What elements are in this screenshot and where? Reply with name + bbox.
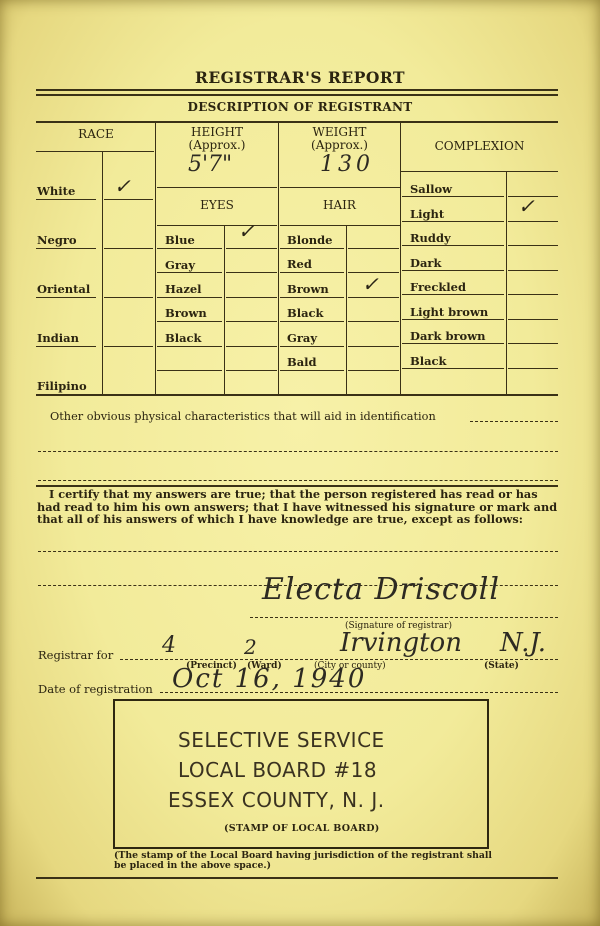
state-caption: (State) [484, 661, 519, 671]
hair-brown[interactable]: Brown [287, 282, 329, 296]
col-divider [278, 122, 279, 394]
certification-text: I certify that my answers are true; that… [37, 488, 561, 526]
rule [402, 319, 504, 320]
race-indian[interactable]: Indian [37, 331, 79, 345]
complexion-black[interactable]: Black [410, 354, 447, 368]
bottom-rule [36, 877, 558, 879]
rule [157, 225, 277, 226]
col-divider [346, 226, 347, 394]
other-characteristics-line-3[interactable] [38, 480, 558, 481]
rule [508, 368, 558, 369]
weight-sub: (Approx.) [311, 138, 368, 152]
complexion-freckled[interactable]: Freckled [410, 280, 466, 294]
title-rule-2 [36, 94, 558, 96]
hair-brown-checkmark-icon: ✓ [362, 272, 379, 296]
rule [226, 321, 277, 322]
eyes-blue[interactable]: Blue [165, 233, 195, 247]
complexion-light[interactable]: Light [410, 207, 444, 221]
race-oriental[interactable]: Oriental [37, 282, 90, 296]
race-negro[interactable]: Negro [37, 233, 77, 247]
hair-bald[interactable]: Bald [287, 355, 317, 369]
height-value: 5'7" [188, 152, 232, 177]
col-divider [155, 122, 156, 394]
rule [348, 346, 399, 347]
rule [348, 272, 399, 273]
date-label: Date of registration [38, 682, 153, 696]
registrar-for-line [120, 659, 558, 660]
hair-red[interactable]: Red [287, 257, 312, 271]
rule [226, 248, 277, 249]
complexion-dark[interactable]: Dark [410, 256, 441, 270]
stamp-line-3: ESSEX COUNTY, N. J. [168, 788, 385, 812]
other-characteristics-label: Other obvious physical characteristics t… [50, 411, 436, 424]
rule [157, 370, 222, 371]
rule [226, 272, 277, 273]
rule [157, 248, 222, 249]
stamp-note: (The stamp of the Local Board having jur… [114, 851, 494, 871]
eyes-gray[interactable]: Gray [165, 258, 195, 272]
rule [280, 187, 400, 188]
ward-value: 2 [244, 635, 257, 659]
eyes-header: EYES [156, 199, 278, 212]
rule [157, 187, 277, 188]
race-header: RACE [36, 128, 156, 141]
title-rule [36, 89, 558, 91]
rule [508, 343, 558, 344]
rule [402, 368, 504, 369]
rule [508, 196, 558, 197]
eyes-black[interactable]: Black [165, 331, 202, 345]
stamp-caption: (STAMP OF LOCAL BOARD) [224, 823, 380, 834]
eyes-hazel[interactable]: Hazel [165, 282, 202, 296]
rule [104, 346, 153, 347]
stamp-line-2: LOCAL BOARD #18 [178, 758, 377, 782]
table-bottom-rule [36, 394, 558, 396]
rule [348, 297, 399, 298]
complexion-header: COMPLEXION [401, 140, 558, 153]
registrar-report-card: REGISTRAR'S REPORT DESCRIPTION OF REGIST… [0, 0, 600, 926]
rule [508, 245, 558, 246]
exceptions-field[interactable] [38, 551, 558, 552]
other-characteristics-field[interactable] [470, 421, 558, 422]
registrar-for-label: Registrar for [38, 648, 113, 662]
rule [280, 272, 344, 273]
height-label: HEIGHT [191, 125, 243, 139]
rule [401, 171, 558, 172]
state-value: N.J. [500, 628, 546, 658]
rule [280, 297, 344, 298]
rule [402, 343, 504, 344]
rule [36, 297, 96, 298]
rule [104, 199, 153, 200]
other-characteristics-line-2[interactable] [38, 451, 558, 452]
rule [36, 346, 96, 347]
precinct-value: 4 [162, 633, 176, 658]
rule [348, 370, 399, 371]
rule [157, 346, 222, 347]
rule [402, 196, 504, 197]
race-white-checkmark-icon: ✓ [114, 174, 131, 198]
hair-blonde[interactable]: Blonde [287, 233, 332, 247]
rule [36, 199, 96, 200]
rule [402, 221, 504, 222]
city-value: Irvington [340, 628, 462, 658]
signature-line [250, 617, 558, 618]
weight-label: WEIGHT [313, 125, 367, 139]
rule [508, 319, 558, 320]
col-divider [224, 226, 225, 394]
col-divider [102, 152, 103, 394]
rule [104, 248, 153, 249]
height-header: HEIGHT(Approx.) [156, 126, 278, 152]
col-divider [506, 172, 507, 394]
stamp-line-1: SELECTIVE SERVICE [178, 728, 385, 752]
rule [157, 297, 222, 298]
rule [280, 370, 344, 371]
rule [280, 248, 344, 249]
col-divider [400, 122, 401, 394]
hair-header: HAIR [279, 199, 400, 212]
registrar-signature: Electa Driscoll [262, 572, 500, 607]
complexion-light-brown[interactable]: Light brown [410, 305, 488, 319]
rule [508, 270, 558, 271]
hair-black[interactable]: Black [287, 306, 324, 320]
rule [36, 151, 154, 152]
weight-value: 130 [320, 152, 374, 177]
rule [402, 294, 504, 295]
table-top-rule [36, 121, 558, 123]
complexion-light-checkmark-icon: ✓ [518, 194, 535, 218]
weight-header: WEIGHT(Approx.) [279, 126, 400, 152]
rule [280, 321, 344, 322]
rule [508, 294, 558, 295]
rule [157, 272, 222, 273]
hair-gray[interactable]: Gray [287, 331, 317, 345]
date-value: Oct 16, 1940 [172, 664, 366, 694]
rule [226, 297, 277, 298]
rule [280, 346, 344, 347]
eyes-blue-checkmark-icon: ✓ [238, 219, 255, 243]
description-subtitle: DESCRIPTION OF REGISTRANT [0, 100, 600, 114]
rule [280, 225, 400, 226]
rule [226, 346, 277, 347]
height-sub: (Approx.) [189, 138, 246, 152]
rule [508, 221, 558, 222]
complexion-sallow[interactable]: Sallow [410, 182, 452, 196]
rule [348, 248, 399, 249]
rule [402, 270, 504, 271]
rule [104, 297, 153, 298]
race-filipino[interactable]: Filipino [37, 379, 87, 393]
complexion-ruddy[interactable]: Ruddy [410, 231, 451, 245]
eyes-brown[interactable]: Brown [165, 306, 207, 320]
rule [402, 245, 504, 246]
report-title: REGISTRAR'S REPORT [0, 68, 600, 87]
rule [348, 321, 399, 322]
rule [36, 248, 96, 249]
race-white[interactable]: White [37, 184, 75, 198]
rule [226, 370, 277, 371]
complexion-dark-brown[interactable]: Dark brown [410, 329, 486, 343]
rule [157, 321, 222, 322]
